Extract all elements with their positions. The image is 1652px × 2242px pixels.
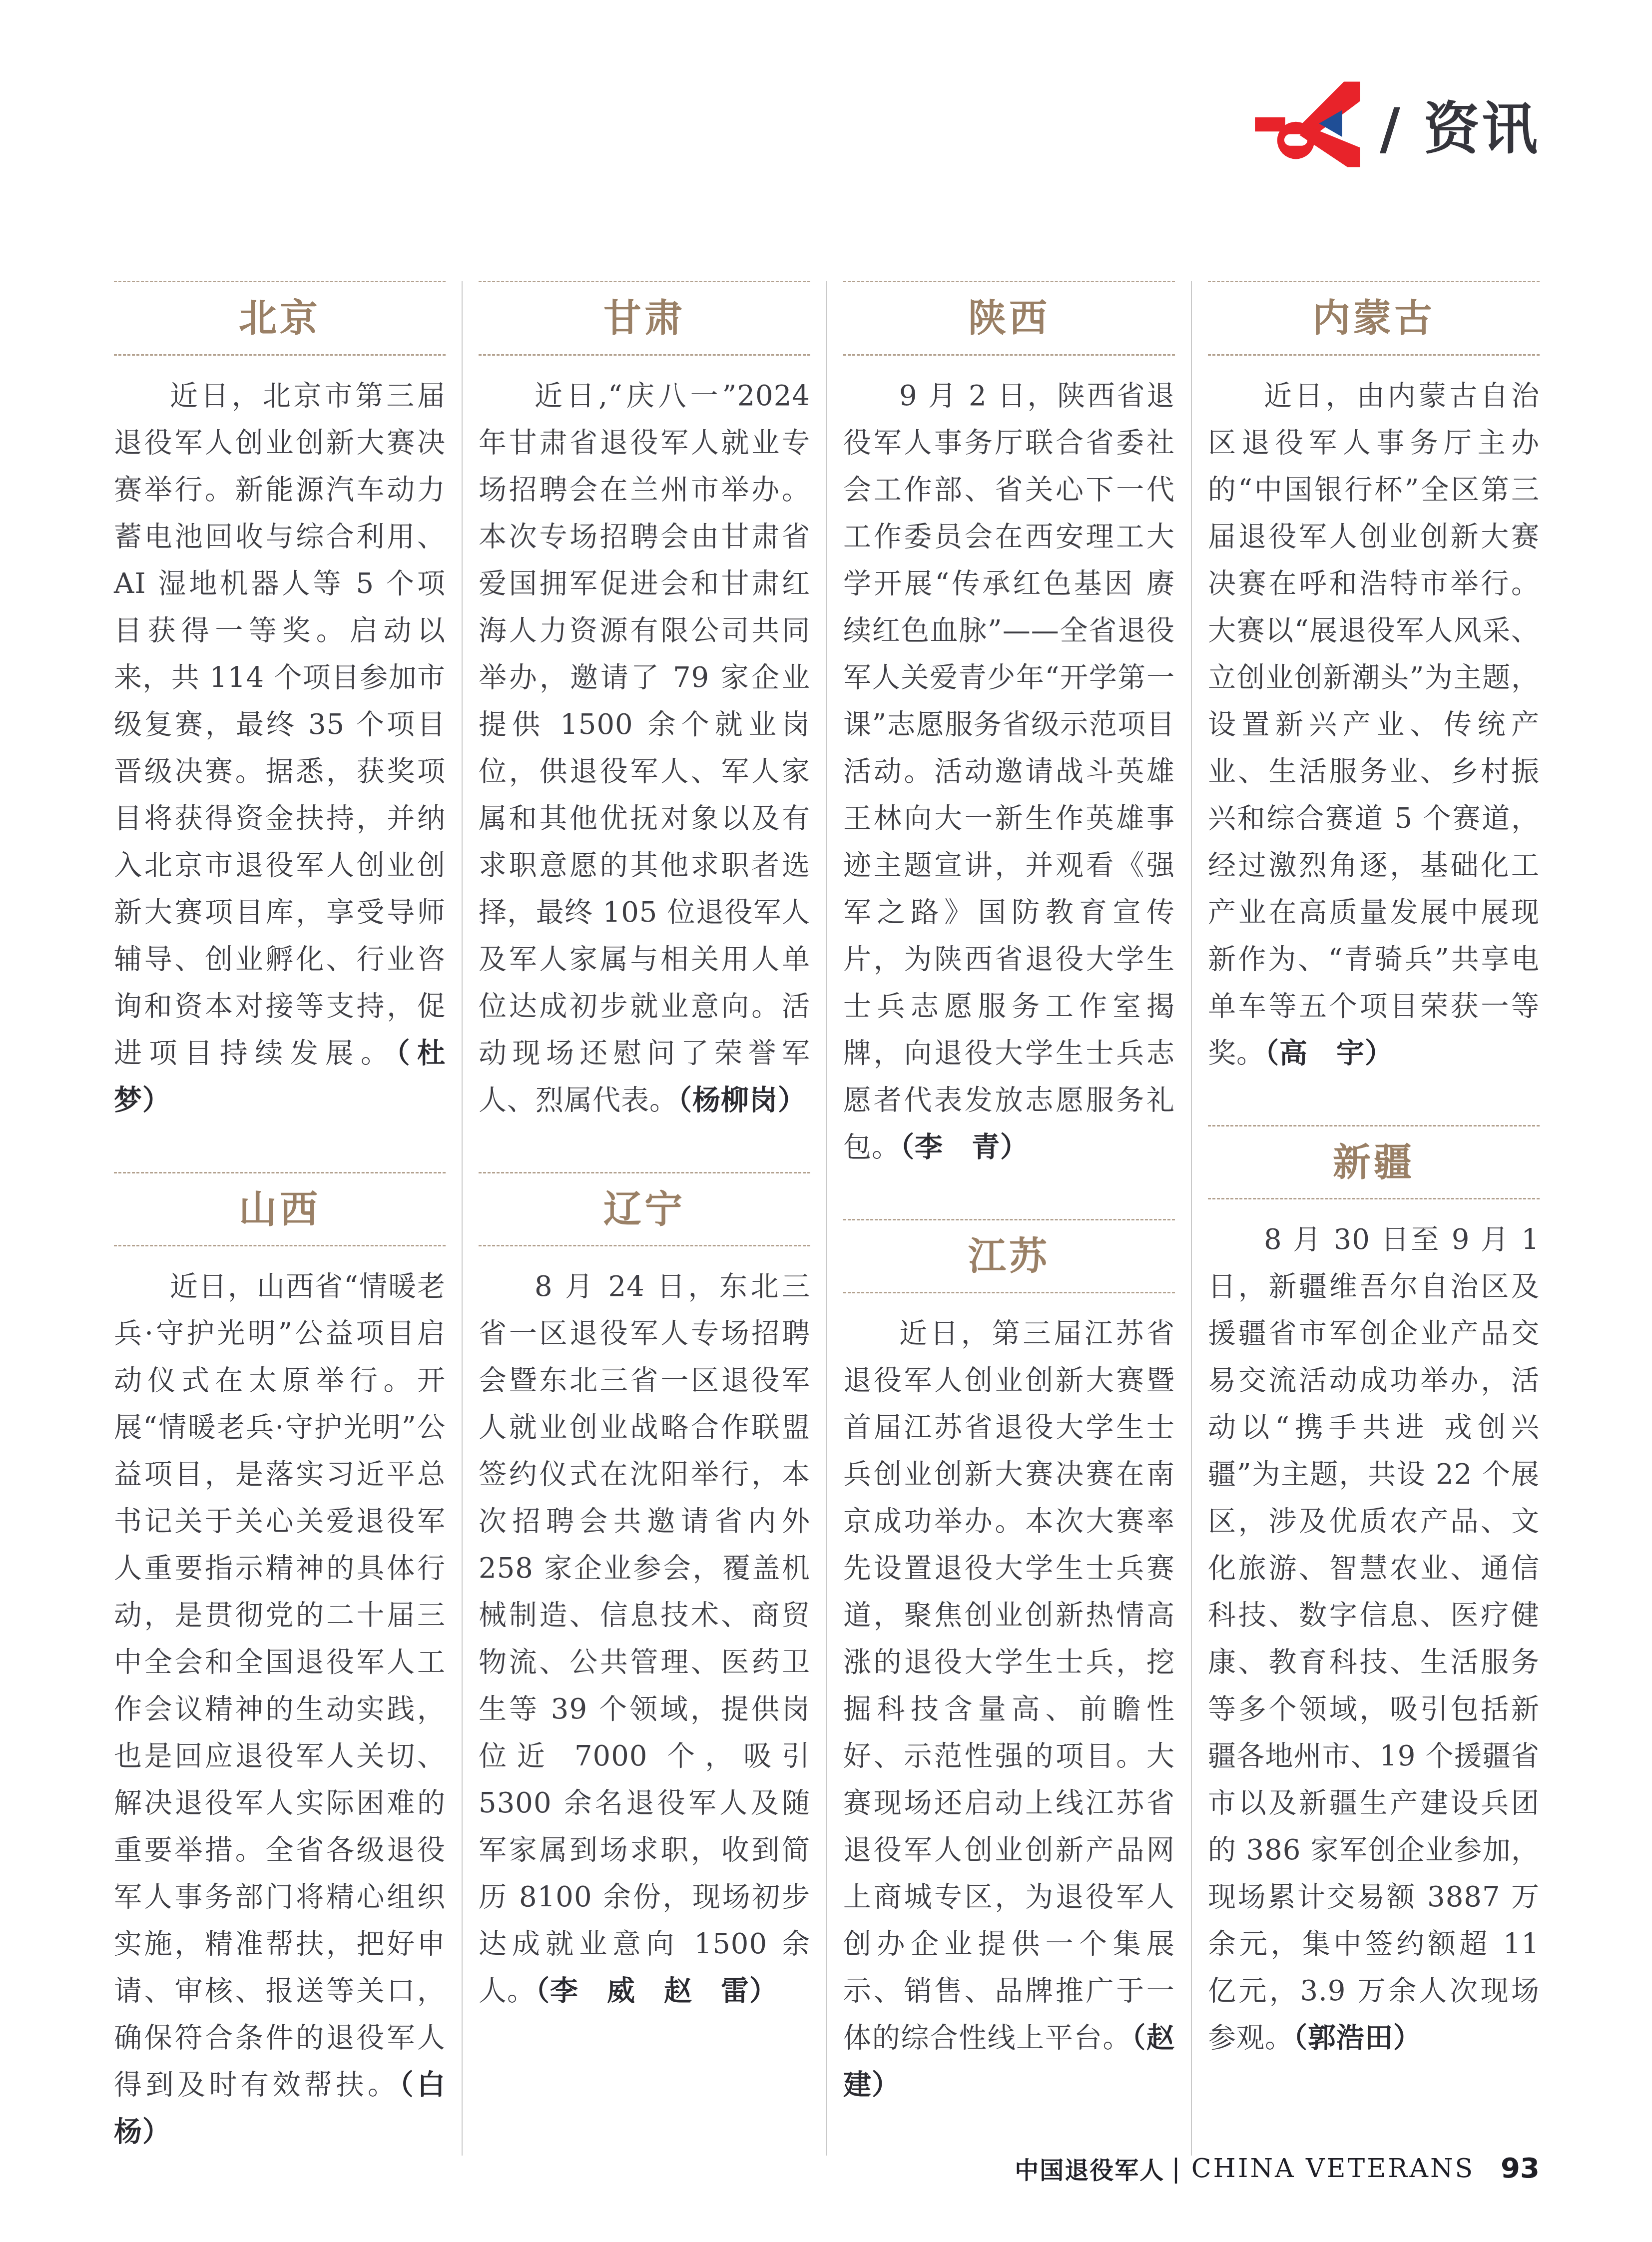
- news-section-jiangsu: 江苏 近日，第三届江苏省退役军人创业创新大赛暨首届江苏省退役大学生士兵创业创新大…: [843, 1219, 1175, 2109]
- page-footer: 中国退役军人 | CHINA VETERANS 93: [1015, 2151, 1540, 2186]
- section-title: 新疆: [1208, 1141, 1540, 1183]
- section-header: 江苏: [843, 1219, 1175, 1294]
- footer-separator: |: [1171, 2154, 1180, 2184]
- section-body: 9 月 2 日，陕西省退役军人事务厅联合省委社会工作部、省关心下一代工作委员会在…: [843, 373, 1175, 1171]
- section-body-text: 近日,“庆八一”2024 年甘肃省退役军人就业专场招聘会在兰州市举办。本次专场招…: [479, 380, 810, 1117]
- column-2: 甘肃 近日,“庆八一”2024 年甘肃省退役军人就业专场招聘会在兰州市举办。本次…: [462, 281, 826, 2156]
- news-columns: 北京 近日，北京市第三届退役军人创业创新大赛决赛举行。新能源汽车动力蓄电池回收与…: [114, 281, 1540, 2156]
- section-body: 8 月 24 日，东北三省一区退役军人专场招聘会暨东北三省一区退役军人就业创业战…: [479, 1263, 810, 2015]
- section-header: 陕西: [843, 281, 1175, 356]
- column-1: 北京 近日，北京市第三届退役军人创业创新大赛决赛举行。新能源汽车动力蓄电池回收与…: [114, 281, 462, 2156]
- section-header: 北京: [114, 281, 446, 356]
- news-section-gansu: 甘肃 近日,“庆八一”2024 年甘肃省退役军人就业专场招聘会在兰州市举办。本次…: [479, 281, 810, 1124]
- section-byline: （李 威 赵 雷）: [536, 1975, 778, 2007]
- section-body: 近日，北京市第三届退役军人创业创新大赛决赛举行。新能源汽车动力蓄电池回收与综合利…: [114, 373, 446, 1124]
- section-byline: （郭浩田）: [1293, 2022, 1422, 2054]
- column-3: 陕西 9 月 2 日，陕西省退役军人事务厅联合省委社会工作部、省关心下一代工作委…: [826, 281, 1191, 2156]
- news-section-shaanxi: 陕西 9 月 2 日，陕西省退役军人事务厅联合省委社会工作部、省关心下一代工作委…: [843, 281, 1175, 1171]
- section-body-text: 8 月 30 日至 9 月 1 日，新疆维吾尔自治区及援疆省市军创企业产品交易交…: [1208, 1223, 1540, 2054]
- footer-magazine-name-en: CHINA VETERANS: [1191, 2154, 1475, 2184]
- footer-page-number: 93: [1501, 2152, 1540, 2185]
- section-body-text: 8 月 24 日，东北三省一区退役军人专场招聘会暨东北三省一区退役军人就业创业战…: [479, 1270, 810, 2007]
- section-header: 内蒙古: [1208, 281, 1540, 356]
- section-header: 甘肃: [479, 281, 810, 356]
- column-4: 内蒙古 近日，由内蒙古自治区退役军人事务厅主办的“中国银行杯”全区第三届退役军人…: [1191, 281, 1540, 2156]
- section-body: 近日，山西省“情暖老兵·守护光明”公益项目启动仪式在太原举行。开展“情暖老兵·守…: [114, 1263, 446, 2156]
- section-body: 近日，第三届江苏省退役军人创业创新大赛暨首届江苏省退役大学生士兵创业创新大赛决赛…: [843, 1310, 1175, 2109]
- section-title: 内蒙古: [1208, 297, 1540, 339]
- magazine-logo-icon: [1255, 80, 1362, 169]
- section-body-text: 近日，第三届江苏省退役军人创业创新大赛暨首届江苏省退役大学生士兵创业创新大赛决赛…: [843, 1317, 1175, 2054]
- section-body-text: 近日，山西省“情暖老兵·守护光明”公益项目启动仪式在太原举行。开展“情暖老兵·守…: [114, 1270, 446, 2101]
- section-body: 近日，由内蒙古自治区退役军人事务厅主办的“中国银行杯”全区第三届退役军人创业创新…: [1208, 373, 1540, 1077]
- section-title: 辽宁: [479, 1188, 810, 1230]
- footer-magazine-name-cn: 中国退役军人: [1015, 2151, 1164, 2186]
- masthead: / 资讯: [1255, 80, 1540, 169]
- section-header: 新疆: [1208, 1125, 1540, 1200]
- section-title: 山西: [114, 1188, 446, 1230]
- masthead-section-label: / 资讯: [1380, 84, 1540, 165]
- section-header: 山西: [114, 1172, 446, 1247]
- section-title: 甘肃: [479, 297, 810, 339]
- section-byline: （高 宇）: [1265, 1037, 1393, 1070]
- section-body-text: 9 月 2 日，陕西省退役军人事务厅联合省委社会工作部、省关心下一代工作委员会在…: [843, 380, 1175, 1163]
- section-title: 江苏: [843, 1235, 1175, 1277]
- magazine-page: / 资讯 北京 近日，北京市第三届退役军人创业创新大赛决赛举行。新能源汽车动力蓄…: [0, 0, 1652, 2242]
- news-section-neimenggu: 内蒙古 近日，由内蒙古自治区退役军人事务厅主办的“中国银行杯”全区第三届退役军人…: [1208, 281, 1540, 1077]
- news-section-shanxi: 山西 近日，山西省“情暖老兵·守护光明”公益项目启动仪式在太原举行。开展“情暖老…: [114, 1172, 446, 2156]
- section-body: 近日,“庆八一”2024 年甘肃省退役军人就业专场招聘会在兰州市举办。本次专场招…: [479, 373, 810, 1124]
- section-body-text: 近日，由内蒙古自治区退役军人事务厅主办的“中国银行杯”全区第三届退役军人创业创新…: [1208, 380, 1540, 1070]
- news-section-xinjiang: 新疆 8 月 30 日至 9 月 1 日，新疆维吾尔自治区及援疆省市军创企业产品…: [1208, 1125, 1540, 2062]
- section-byline: （李 青）: [900, 1131, 1029, 1163]
- section-title: 陕西: [843, 297, 1175, 339]
- news-section-beijing: 北京 近日，北京市第三届退役军人创业创新大赛决赛举行。新能源汽车动力蓄电池回收与…: [114, 281, 446, 1124]
- section-header: 辽宁: [479, 1172, 810, 1247]
- section-body-text: 近日，北京市第三届退役军人创业创新大赛决赛举行。新能源汽车动力蓄电池回收与综合利…: [114, 380, 446, 1070]
- section-body: 8 月 30 日至 9 月 1 日，新疆维吾尔自治区及援疆省市军创企业产品交易交…: [1208, 1216, 1540, 2062]
- news-section-liaoning: 辽宁 8 月 24 日，东北三省一区退役军人专场招聘会暨东北三省一区退役军人就业…: [479, 1172, 810, 2015]
- section-byline: （杨柳岗）: [678, 1084, 806, 1117]
- section-title: 北京: [114, 297, 446, 339]
